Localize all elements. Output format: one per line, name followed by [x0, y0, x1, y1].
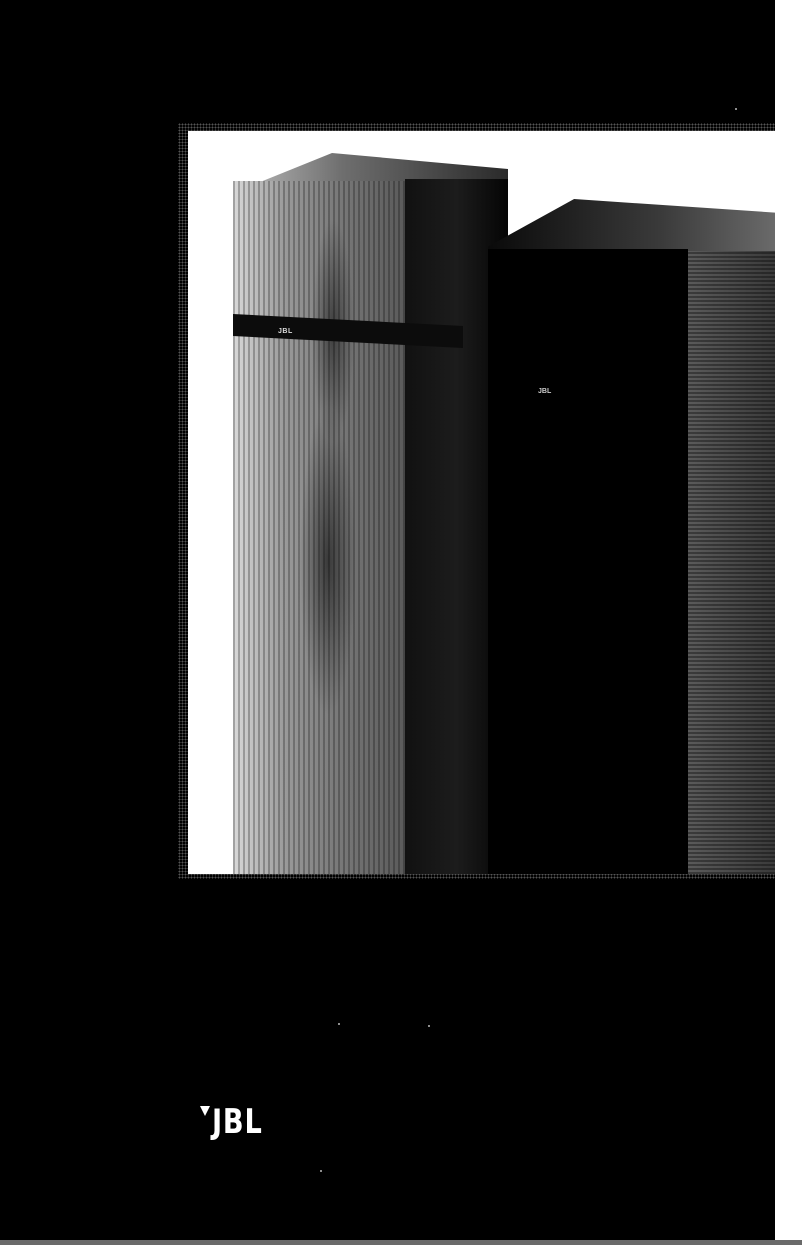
scan-margin-right [775, 0, 802, 1245]
scan-speck [338, 1023, 340, 1025]
left-speaker-badge: JBL [278, 328, 293, 335]
jbl-logo-text: JBL [212, 1105, 263, 1139]
left-speaker-wood-front [233, 181, 405, 874]
jbl-logo: JBL [200, 1105, 275, 1139]
right-speaker-badge: JBL [538, 388, 551, 395]
jbl-exclamation-mark-icon [200, 1106, 210, 1116]
right-speaker-side [688, 251, 775, 874]
brochure-cover: JBL JBL JBL [0, 0, 775, 1240]
product-photo: JBL JBL [188, 131, 775, 874]
scan-speck [320, 1170, 322, 1172]
right-speaker-black-front [488, 249, 688, 874]
scan-edge-bottom [0, 1240, 802, 1245]
scan-speck [428, 1025, 430, 1027]
scan-speck [735, 108, 737, 110]
